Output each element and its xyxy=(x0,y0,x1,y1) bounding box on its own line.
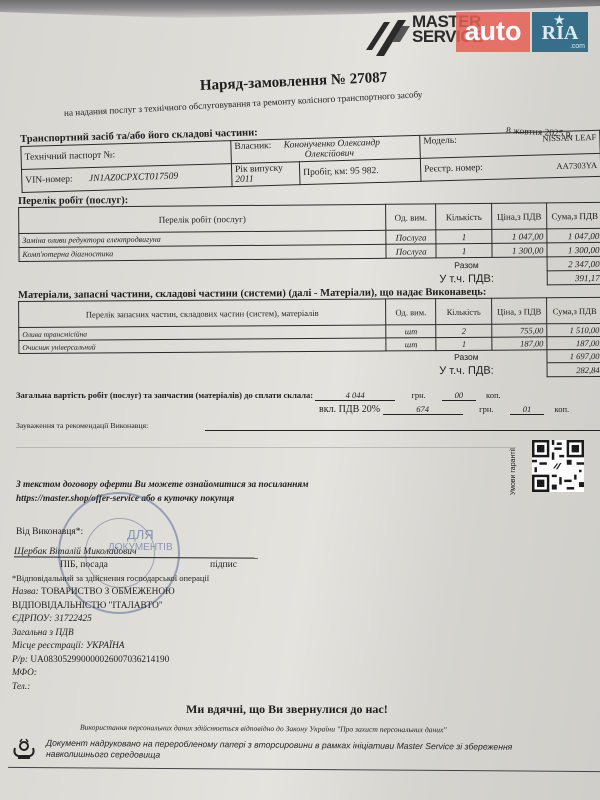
remarks-label: Зауваження та рекомендації Виконавця: xyxy=(16,421,148,430)
year-cell: Рік випуску 2011 xyxy=(231,162,300,187)
company-name-label: Назва: xyxy=(12,587,39,597)
works-section: Перелік робіт (послуг): Перелік робіт (п… xyxy=(18,191,600,290)
materials-vat-label: У т.ч. ПДВ: xyxy=(386,363,547,378)
grand-total-uah: 4 044 xyxy=(315,390,395,401)
work-unit: Послуга xyxy=(386,244,436,258)
divider xyxy=(16,447,516,448)
watermark-ria: ★ RIA .com xyxy=(532,12,588,52)
vin-value: JN1AZ0CPXCT017509 xyxy=(89,172,178,184)
materials-col-name: Перелік запасних частин, складових части… xyxy=(19,299,386,328)
works-total-value: 2 347,00 xyxy=(547,256,600,270)
watermark-com: .com xyxy=(570,43,585,51)
reg-number-label: Реєстр. номер: xyxy=(424,163,483,175)
work-sum: 1 047,00 xyxy=(547,228,600,242)
company-details: Назва: ТОВАРИСТВО З ОБМЕЖЕНОЮ ВІДПОВІДАЛ… xyxy=(12,586,175,694)
vat-total-kop: 01 xyxy=(510,404,544,415)
works-total-label: Разом xyxy=(386,257,547,272)
account-label: Р/р: xyxy=(12,655,28,665)
uah-label: грн. xyxy=(411,390,425,400)
work-sum: 1 300,00 xyxy=(547,242,600,256)
materials-col-sum: Сума,з ПДВ xyxy=(547,297,600,323)
work-qty: 1 xyxy=(436,229,492,243)
works-col-sum: Сума,з ПДВ xyxy=(547,202,600,228)
works-vat-label: У т.ч. ПДВ: xyxy=(386,271,547,286)
phone-label: Тел.: xyxy=(12,681,175,695)
grand-total: Загальна вартість робіт (послуг) та запч… xyxy=(16,390,569,415)
company-name-line1: ТОВАРИСТВО З ОБМЕЖЕНОЮ xyxy=(41,587,175,597)
material-unit: шт xyxy=(386,338,436,351)
materials-header-row: Перелік запасних частин, складових части… xyxy=(19,297,600,327)
materials-table: Перелік запасних частин, складових части… xyxy=(18,297,600,381)
mileage-value: 95 982. xyxy=(350,166,379,177)
company-name-line2: ВІДПОВІДАЛЬНІСТЮ "ІТАЛАВТО" xyxy=(12,600,175,614)
work-unit: Послуга xyxy=(386,230,436,244)
recycled-paper-icon xyxy=(12,738,36,760)
work-qty: 1 xyxy=(436,243,492,257)
owner-label: Власник: xyxy=(234,141,271,152)
watermark-auto: auto xyxy=(456,12,530,52)
remarks-line xyxy=(205,430,600,431)
offer-link[interactable]: https://master.shop/offer-service або в … xyxy=(16,492,309,506)
mfo-label: МФО: xyxy=(12,667,175,681)
year-label: Рік випуску xyxy=(235,164,283,175)
owner-value-line2: Олексійович xyxy=(305,149,355,160)
reg-number-value: AA7303YA xyxy=(556,160,597,171)
materials-col-qty: Кількість xyxy=(436,298,492,324)
works-vat-value: 391,17 xyxy=(547,270,600,284)
model-value: NISSAN LEAF xyxy=(542,132,596,144)
material-price: 187,00 xyxy=(492,337,547,350)
works-table: Перелік робіт (послуг) Од. вим. Кількіст… xyxy=(18,202,600,290)
vat-total-uah: 674 xyxy=(383,404,463,415)
star-icon: ★ xyxy=(554,14,565,26)
works-col-price: Ціна,з ПДВ xyxy=(492,203,547,229)
tech-passport-label: Технічний паспорт №: xyxy=(25,150,116,163)
material-qty: 1 xyxy=(436,337,492,350)
material-price: 755,00 xyxy=(492,324,547,337)
edrpou-value: 31722425 xyxy=(55,614,92,624)
materials-col-price: Ціна, з ПДВ xyxy=(492,298,547,324)
model-label: Модель: xyxy=(423,136,457,147)
eco-note: Документ надруковано на переробленому па… xyxy=(46,738,566,765)
registration-value: УКРАЇНА xyxy=(86,641,124,651)
vat-total-label: вкл. ПДВ 20% xyxy=(319,404,380,415)
materials-total-label: Разом xyxy=(386,350,547,364)
work-price: 1 047,00 xyxy=(492,229,547,243)
works-col-unit: Од. вим. xyxy=(386,204,436,230)
mileage-label: Пробіг, км: xyxy=(303,167,348,178)
warranty-label: Умови гарантії xyxy=(510,448,517,495)
materials-vat-value: 282,84 xyxy=(547,362,600,376)
material-sum: 187,00 xyxy=(547,336,600,349)
responsible-note: *Відповідальний за здійснення господарсь… xyxy=(12,573,209,583)
stamp-text-line1: ДЛЯ xyxy=(108,528,173,541)
thanks-message: Ми вдячні, що Ви звернулися до нас! xyxy=(186,702,388,717)
year-value: 2011 xyxy=(235,174,254,185)
pib-label: ПІБ, посада xyxy=(60,560,108,570)
tax-status: Загальна з ПДВ xyxy=(12,627,175,641)
registration-label: Місце реєстрації: xyxy=(12,641,84,651)
materials-total-value: 1 697,00 xyxy=(547,349,600,362)
vin-label: VIN-номер: xyxy=(25,175,73,186)
offer-line-1: З текстом договору оферти Ви можете озна… xyxy=(16,478,309,492)
kop-label: коп. xyxy=(555,404,570,414)
works-col-name: Перелік робіт (послуг) xyxy=(19,204,386,233)
offer-note: З текстом договору оферти Ви можете озна… xyxy=(16,478,309,506)
qr-code-icon[interactable] xyxy=(532,440,584,492)
executor-label: Від Виконавця*: xyxy=(16,527,83,537)
material-sum: 1 510,00 xyxy=(547,323,600,336)
works-col-qty: Кількість xyxy=(436,203,492,229)
uah-label: грн. xyxy=(479,404,493,414)
kop-label: коп. xyxy=(486,390,501,400)
signature-label: підпис xyxy=(210,560,237,570)
materials-col-unit: Од. вим. xyxy=(386,299,436,325)
materials-section: Матеріали, запасні частини, складові час… xyxy=(18,286,600,381)
material-unit: шт xyxy=(386,325,436,338)
work-price: 1 300,00 xyxy=(492,243,547,257)
mileage-cell: Пробіг, км: 95 982. xyxy=(299,158,421,184)
reg-number-cell: Реєстр. номер: AA7303YA xyxy=(420,153,600,181)
edrpou-label: ЄДРПОУ: xyxy=(12,614,52,624)
grand-total-label: Загальна вартість робіт (послуг) та запч… xyxy=(16,390,313,400)
account-value: UA083052990000026007036214190 xyxy=(30,655,169,665)
grand-total-kop: 00 xyxy=(442,390,476,401)
material-qty: 2 xyxy=(436,324,492,337)
